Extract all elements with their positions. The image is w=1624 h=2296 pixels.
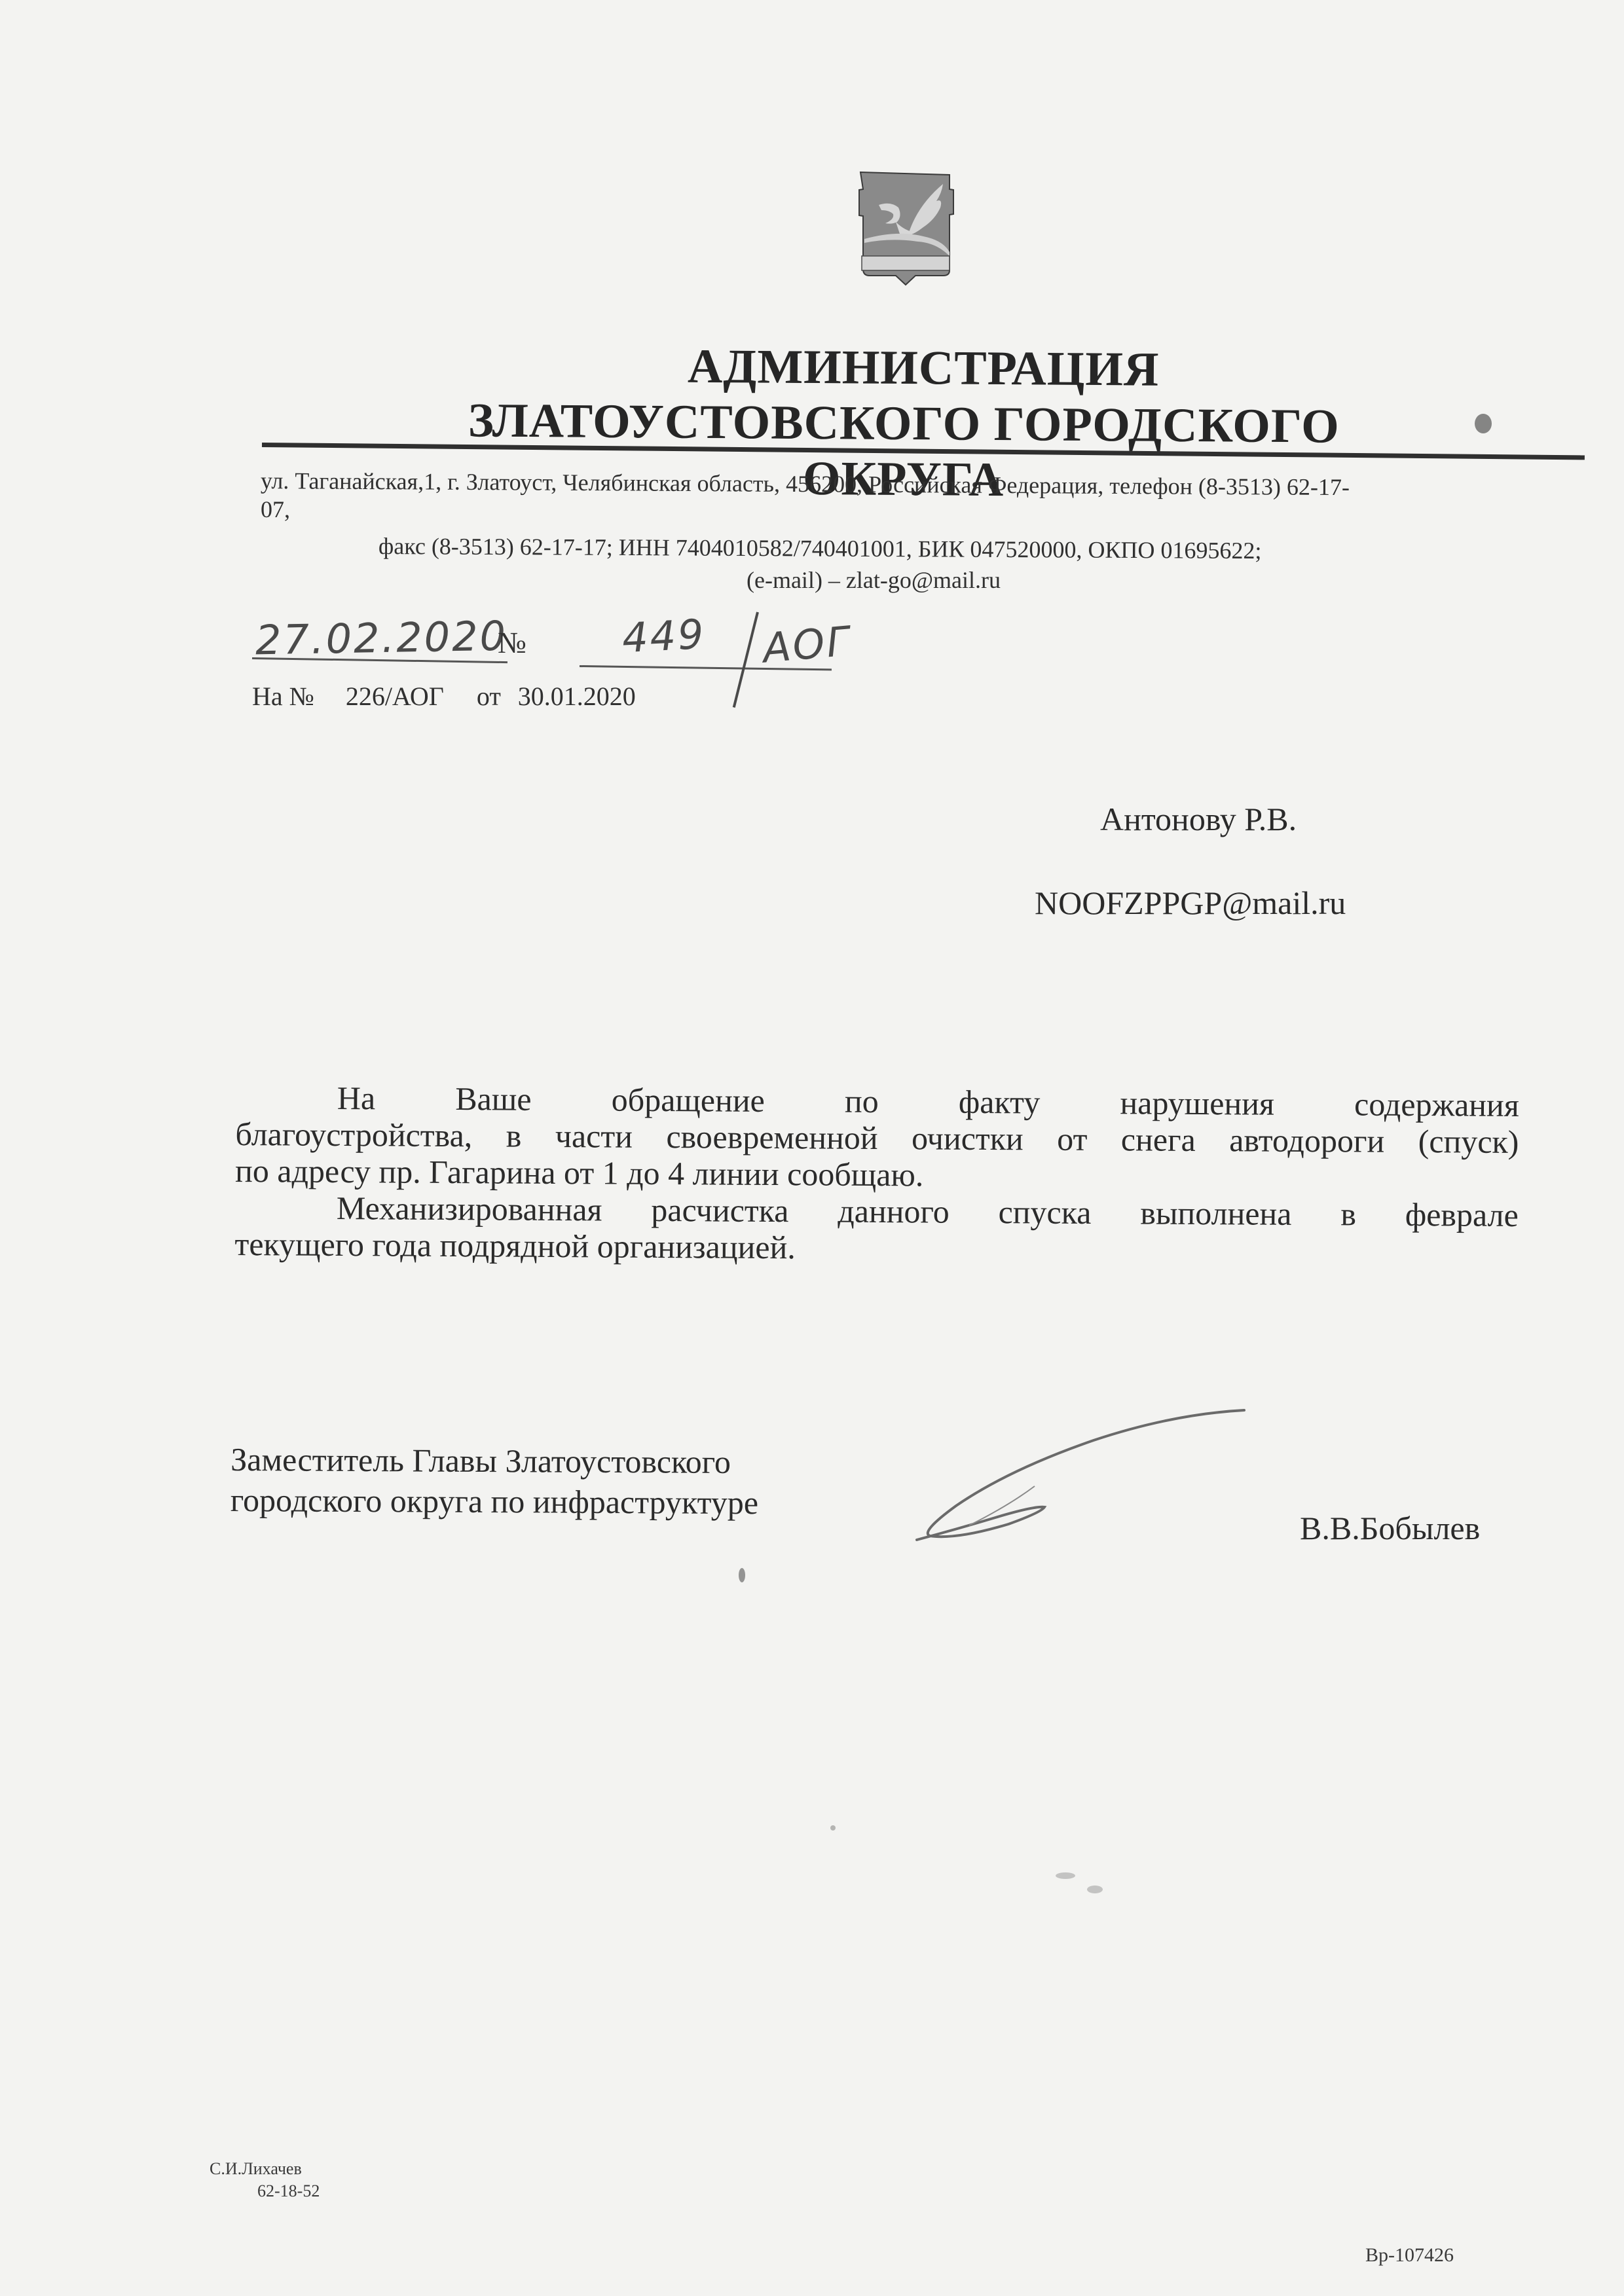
letter-page: АДМИНИСТРАЦИЯ ЗЛАТОУСТОВСКОГО ГОРОДСКОГО…: [0, 0, 1624, 2296]
addressee-email: NOOFZPPGP@mail.ru: [1035, 884, 1346, 922]
contact-email-line: (e-mail) – zlat-go@mail.ru: [747, 566, 1001, 594]
contact-fax-inn-line: факс (8-3513) 62-17-17; ИНН 7404010582/7…: [378, 532, 1262, 565]
addressee-name: Антонову Р.В.: [1100, 800, 1297, 838]
signatory-position: Заместитель Главы Златоустовского городс…: [231, 1439, 759, 1523]
outgoing-number-suffix-handwritten: АОГ: [761, 617, 853, 672]
outgoing-date-handwritten: 27.02.2020: [255, 612, 507, 665]
coat-of-arms-icon: [845, 154, 966, 291]
document-code: Вр-107426: [1365, 2244, 1454, 2267]
contact-address-line-continued: 07,: [261, 495, 290, 524]
scan-speck: [830, 1825, 836, 1831]
reply-number: 226/АОГ: [346, 681, 444, 712]
outgoing-number-handwritten: 449: [621, 610, 707, 663]
signatory-position-line-1: Заместитель Главы Златоустовского: [231, 1439, 759, 1482]
scan-speck: [739, 1568, 745, 1582]
signatory-name: В.В.Бобылев: [1300, 1509, 1480, 1547]
handwritten-slash: [733, 612, 759, 708]
organization-title-line-1: АДМИНИСТРАЦИЯ: [688, 339, 1120, 398]
reply-reference: На №226/АОГот30.01.2020: [252, 681, 636, 712]
body-paragraph-2-line-2: текущего года подрядной организацией.: [234, 1226, 1518, 1270]
executor-info: С.И.Лихачев 62-18-52: [210, 2158, 320, 2202]
scan-speck: [1475, 414, 1492, 433]
signatory-position-line-2: городского округа по инфраструктуре: [231, 1480, 759, 1523]
number-sign: №: [498, 625, 526, 660]
scan-speck: [1056, 1872, 1075, 1879]
executor-name: С.И.Лихачев: [210, 2159, 302, 2178]
reply-date: 30.01.2020: [518, 681, 636, 712]
executor-phone: 62-18-52: [210, 2180, 320, 2202]
handwritten-signature-icon: [897, 1401, 1264, 1545]
scan-speck: [1087, 1886, 1103, 1893]
letter-body: На Ваше обращение по факту нарушения сод…: [234, 1079, 1519, 1270]
reply-prefix: На №: [252, 681, 314, 712]
reply-from-label: от: [477, 681, 501, 712]
